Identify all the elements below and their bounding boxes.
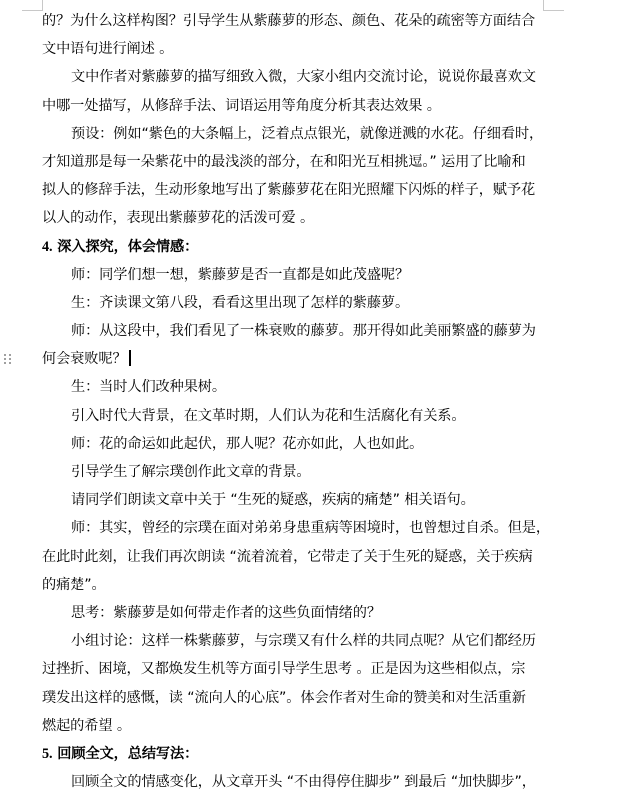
paragraph-line: 璞发出这样的感慨，读 “流向人的心底”。体会作者对生命的赞美和对生活重新 [42,684,542,712]
paragraph-line: 才知道那是每一朵紫花中的最浅淡的部分，在和阳光互相挑逗。” 运用了比喻和 [42,148,542,176]
paragraph-line: 请同学们朗读文章中关于 “生死的疑惑，疾病的痛楚” 相关语句。 [42,486,542,514]
page-corner-mark-top-left [22,0,43,11]
paragraph-line: 预设：例如“紫色的大条幅上，泛着点点银光，就像迸溅的水花。仔细看时， [42,120,542,148]
paragraph-line: 引入时代大背景，在文革时期，人们认为花和生活腐化有关系。 [42,402,542,430]
paragraph-line: 师：同学们想一想，紫藤萝是否一直都是如此茂盛呢？ [42,261,542,289]
paragraph-line: 小组讨论：这样一株紫藤萝，与宗璞又有什么样的共同点呢？从它们都经历 [42,627,542,655]
drag-handle-icon[interactable] [4,354,12,366]
paragraph-line: 拟人的修辞手法，生动形象地写出了紫藤萝花在阳光照耀下闪烁的样子，赋予花 [42,176,542,204]
paragraph-line: 的？为什么这样构图？引导学生从紫藤萝的形态、颜色、花朵的疏密等方面结合 [42,7,542,35]
paragraph-line: 文中语句进行阐述 。 [42,35,542,63]
section-title: 深入探究，体会情感： [52,239,198,255]
text-cursor [129,350,131,366]
document-body[interactable]: 的？为什么这样构图？引导学生从紫藤萝的形态、颜色、花朵的疏密等方面结合 文中语句… [42,7,542,796]
paragraph-line: 回顾全文的情感变化，从文章开头 “不由得停住脚步” 到最后 “加快脚步”， [42,768,542,796]
paragraph-line: 师：其实，曾经的宗璞在面对弟弟身患重病等困境时，也曾想过自杀。但是， [42,514,542,542]
paragraph-line: 师：花的命运如此起伏，那人呢？花亦如此，人也如此。 [42,430,542,458]
paragraph-line: 引导学生了解宗璞创作此文章的背景。 [42,458,542,486]
page-corner-mark-top-right [543,0,564,11]
section-heading-4: 4. 深入探究，体会情感： [42,233,542,261]
paragraph-line: 思考：紫藤萝是如何带走作者的这些负面情绪的？ [42,599,542,627]
section-title: 回顾全文，总结写法： [52,746,198,762]
paragraph-line: 中哪一处描写，从修辞手法、词语运用等角度分析其表达效果 。 [42,92,542,120]
paragraph-line: 生：当时人们改种果树。 [42,373,542,401]
paragraph-line: 以人的动作，表现出紫藤萝花的活泼可爱 。 [42,204,542,232]
section-heading-5: 5. 回顾全文，总结写法： [42,740,542,768]
paragraph-line: 文中作者对紫藤萝的描写细致入微，大家小组内交流讨论，说说你最喜欢文 [42,63,542,91]
paragraph-line: 的痛楚”。 [42,571,542,599]
paragraph-line-with-cursor: 何会衰败呢？ [42,345,542,373]
paragraph-line: 燃起的希望 。 [42,712,542,740]
paragraph-line: 过挫折、困境，又都焕发生机等方面引导学生思考 。正是因为这些相似点，宗 [42,655,542,683]
paragraph-line: 师：从这段中，我们看见了一株衰败的藤萝。那开得如此美丽繁盛的藤萝为 [42,317,542,345]
paragraph-line: 在此时此刻，让我们再次朗读 “流着流着，它带走了关于生死的疑惑，关于疾病 [42,543,542,571]
paragraph-line: 生：齐读课文第八段，看看这里出现了怎样的紫藤萝。 [42,289,542,317]
paragraph-text: 何会衰败呢？ [42,351,127,367]
section-number: 4. [42,239,52,255]
document-page[interactable]: 的？为什么这样构图？引导学生从紫藤萝的形态、颜色、花朵的疏密等方面结合 文中语句… [0,0,624,801]
section-number: 5. [42,746,52,762]
